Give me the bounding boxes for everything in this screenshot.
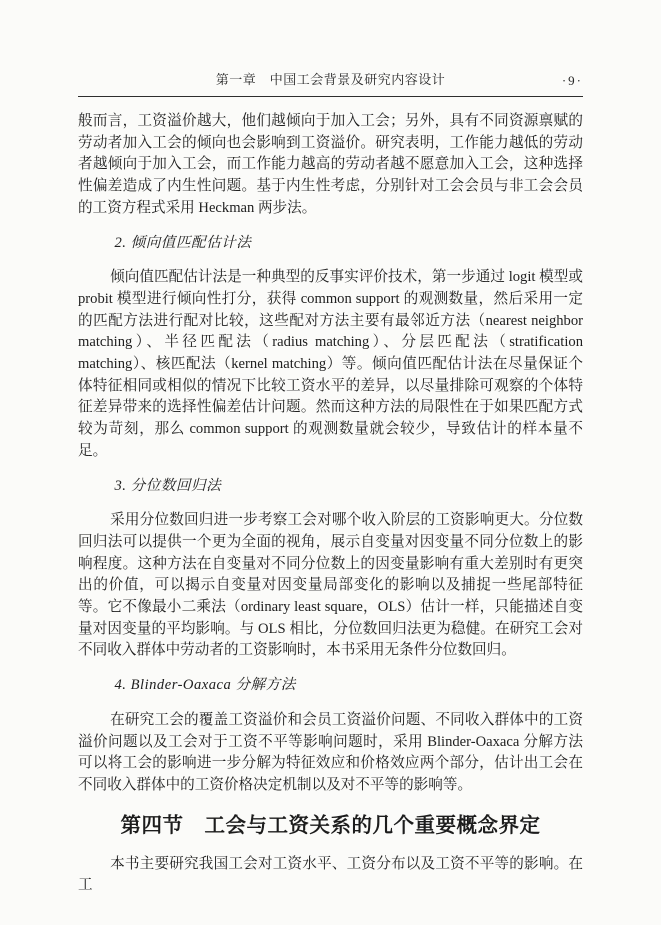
paragraph-propensity-score-matching: 倾向值匹配估计法是一种典型的反事实评价技术，第一步通过 logit 模型或 pr… (78, 267, 583, 462)
heading-blinder-oaxaca: 4. Blinder-Oaxaca 分解方法 (78, 675, 583, 697)
heading-quantile-regression: 3. 分位数回归法 (78, 476, 583, 498)
paragraph-quantile-regression: 采用分位数回归进一步考察工会对哪个收入阶层的工资影响更大。分位数回归法可以提供一… (78, 510, 583, 662)
paragraph-heckman-continuation: 般而言，工资溢价越大，他们越倾向于加入工会；另外，具有不同资源禀赋的劳动者加入工… (78, 111, 583, 220)
page-number: ·9· (562, 73, 583, 89)
running-head-row: 第一章 中国工会背景及研究内容设计 ·9· (78, 72, 583, 97)
running-head: 第一章 中国工会背景及研究内容设计 ·9· (78, 0, 583, 97)
heading-propensity-score-matching: 2. 倾向值匹配估计法 (78, 233, 583, 255)
running-head-chapter-title: 第一章 中国工会背景及研究内容设计 (216, 72, 446, 87)
page-body: 般而言，工资溢价越大，他们越倾向于加入工会；另外，具有不同资源禀赋的劳动者加入工… (78, 111, 583, 897)
book-page: 第一章 中国工会背景及研究内容设计 ·9· 般而言，工资溢价越大，他们越倾向于加… (0, 0, 661, 925)
paragraph-blinder-oaxaca: 在研究工会的覆盖工资溢价和会员工资溢价问题、不同收入群体中的工资溢价问题以及工会… (78, 710, 583, 797)
paragraph-section-four-intro: 本书主要研究我国工会对工资水平、工资分布以及工资不平等的影响。在工 (78, 854, 583, 897)
section-four-title: 第四节 工会与工资关系的几个重要概念界定 (78, 812, 583, 840)
